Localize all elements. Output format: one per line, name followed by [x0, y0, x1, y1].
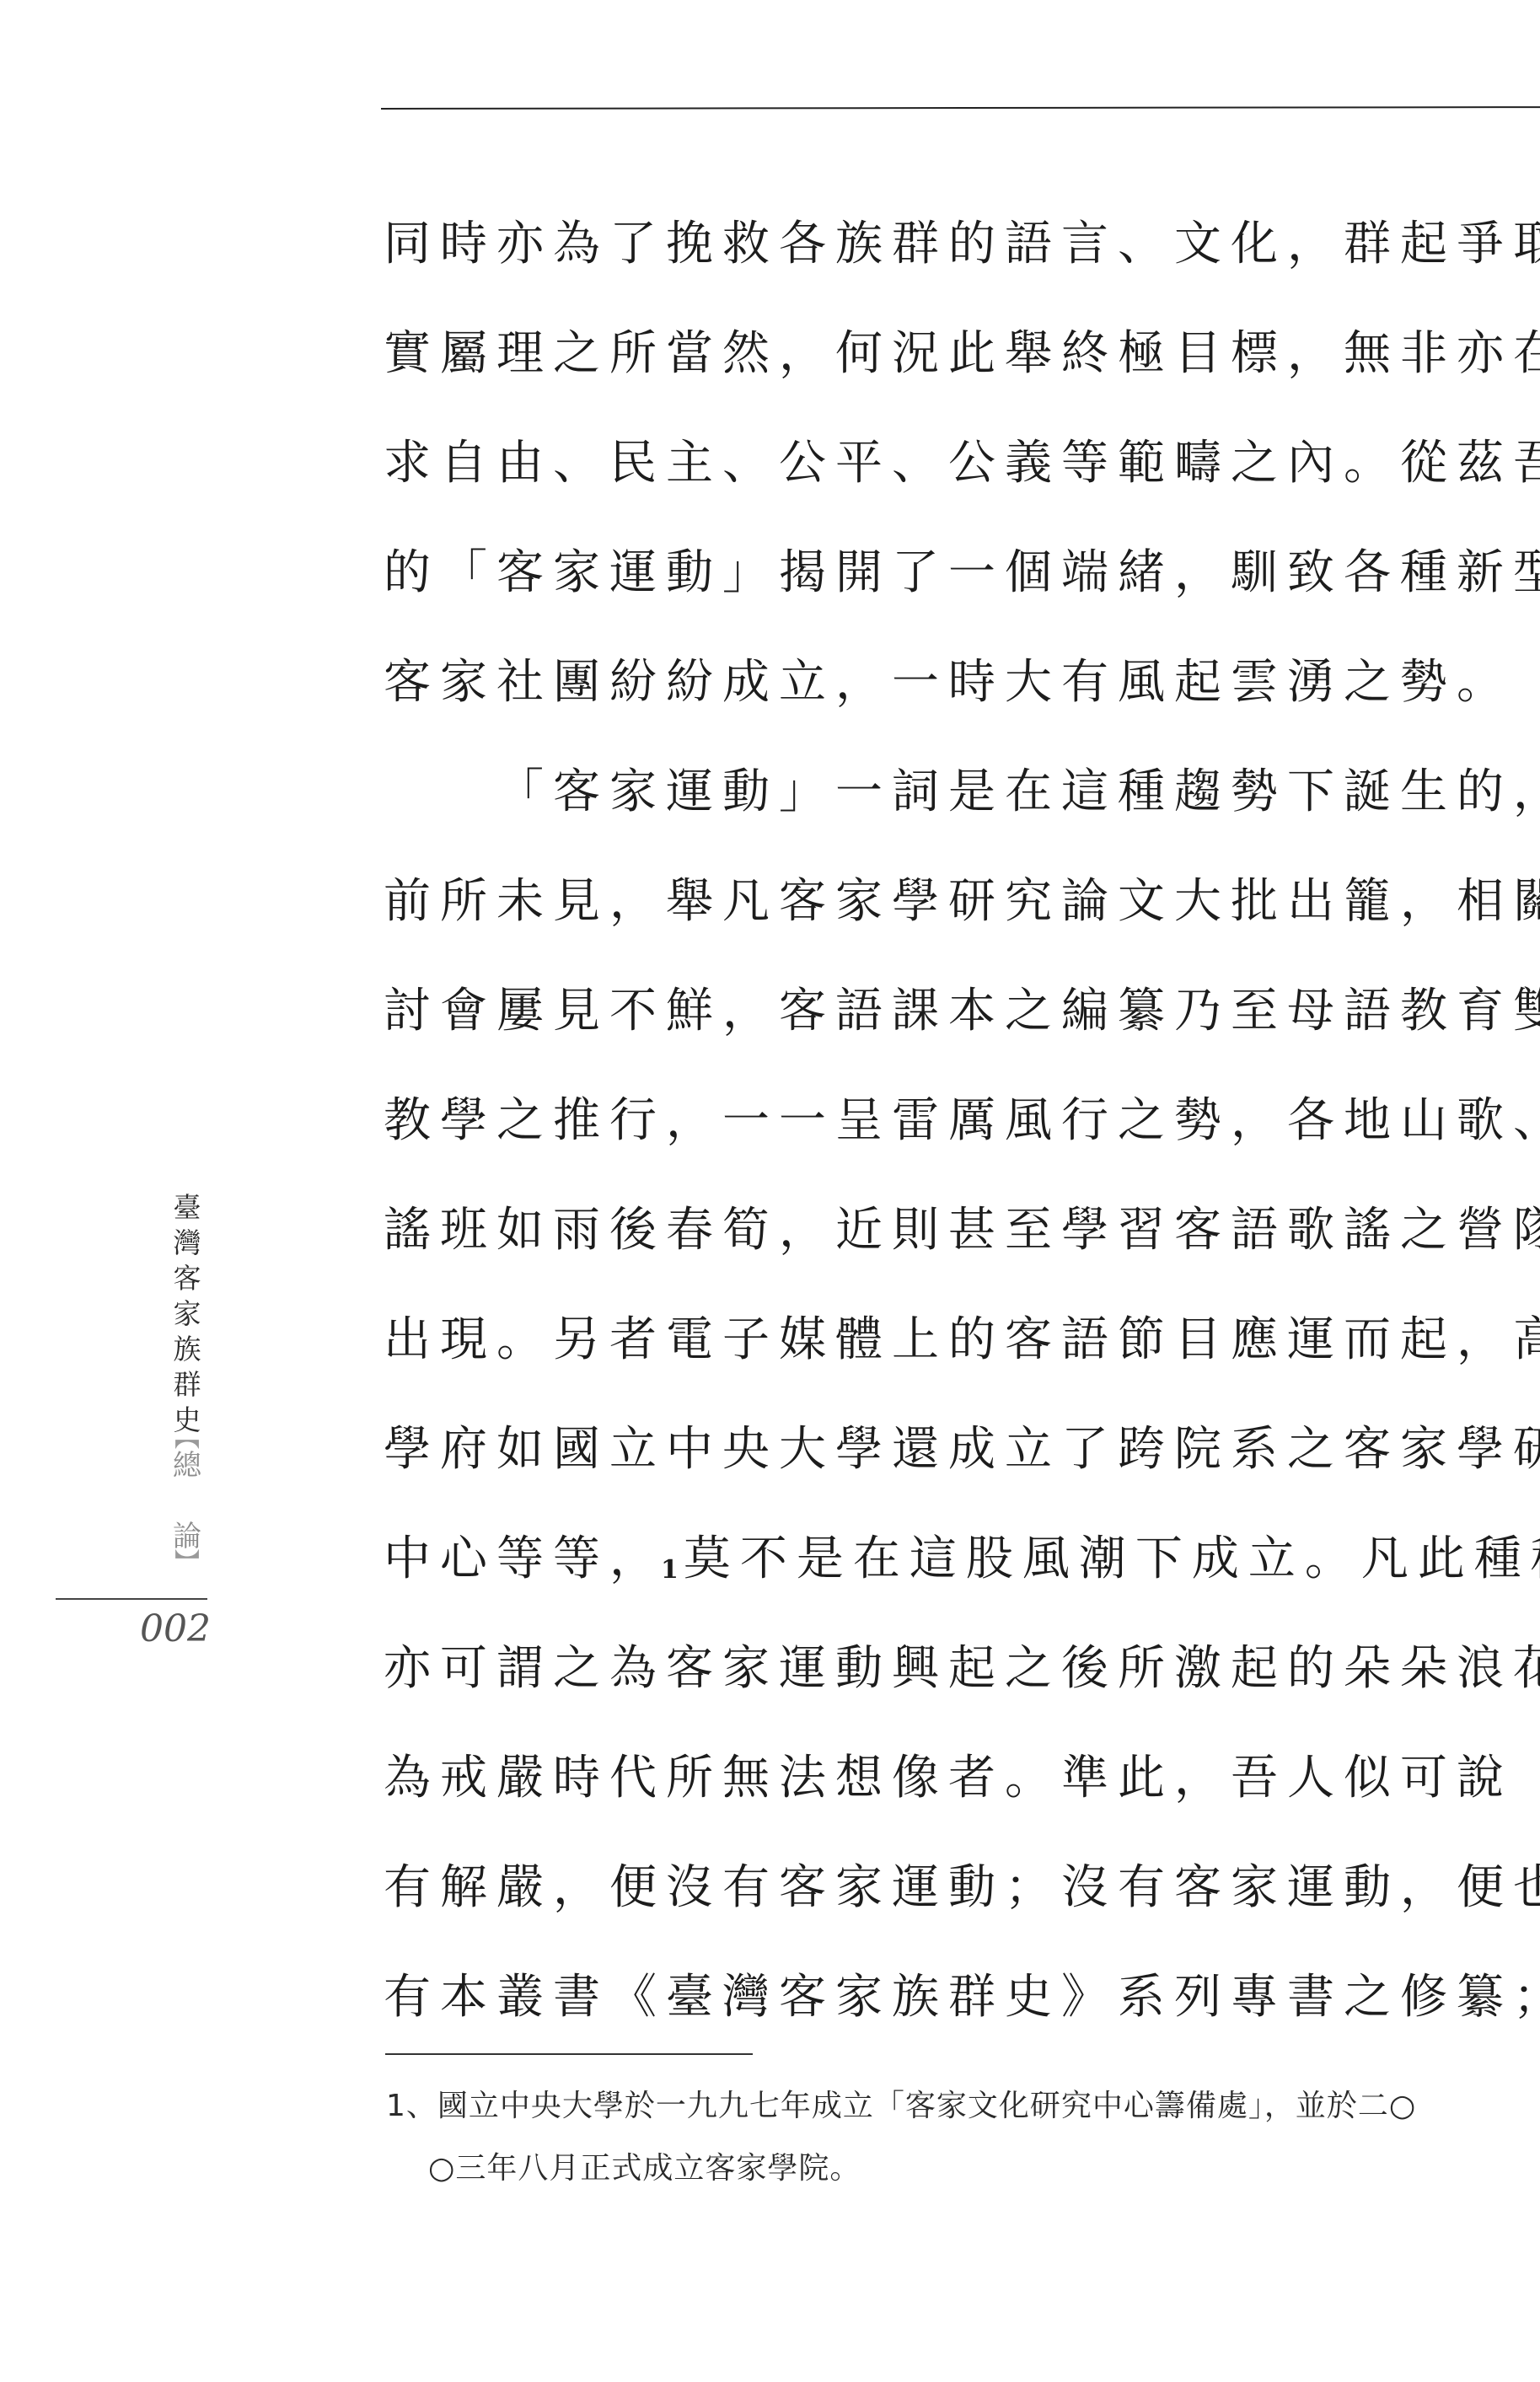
body-line: 的「客家運動」揭開了一個端緒，馴致各種新型的 — [384, 518, 1403, 628]
running-header-char: 臺 — [169, 1190, 206, 1226]
body-line-with-footnote: 中心等等，1莫不是在這股風潮下成立。凡此種種 — [384, 1505, 1403, 1614]
footnote-line: 1、國立中央大學於一九九七年成立「客家文化研究中心籌備處」，並於二○ — [386, 2075, 1440, 2138]
body-line: 亦可謂之為客家運動興起之後所激起的朵朵浪花， — [384, 1614, 1403, 1724]
running-header-char: 客 — [169, 1261, 206, 1296]
body-text: 同時亦為了挽救各族群的語言、文化，群起爭取， 實屬理之所當然，何況此舉終極目標，… — [384, 190, 1403, 2052]
footnote-divider — [385, 2053, 753, 2055]
page-number: 002 — [133, 1608, 211, 1650]
footnote-reference-mark[interactable]: 1 — [661, 1555, 679, 1585]
body-line: 出現。另者電子媒體上的客語節目應運而起，高等 — [384, 1285, 1403, 1395]
body-line: 客家社團紛紛成立，一時大有風起雲湧之勢。 — [384, 628, 1403, 738]
body-line: 討會屢見不鮮，客語課本之編纂乃至母語教育雙語 — [384, 957, 1403, 1066]
body-line: 實屬理之所當然，何況此舉終極目標，無非亦在追 — [384, 299, 1403, 409]
footnote-line-continued: ○三年八月正式成立客家學院。 — [386, 2138, 1440, 2200]
running-header-title: 臺 灣 客 家 族 群 史 — [169, 1190, 206, 1438]
body-line: 為戒嚴時代所無法想像者。準此，吾人似可說「沒 — [384, 1724, 1403, 1833]
body-line: 教學之推行，一一呈雷厲風行之勢，各地山歌、民 — [384, 1066, 1403, 1176]
paragraph-start-line: 「客家運動」一詞是在這種趨勢下誕生的，為 — [384, 738, 1403, 847]
body-line: 謠班如雨後春筍，近則甚至學習客語歌謠之營隊亦 — [384, 1176, 1403, 1285]
top-rule-divider — [381, 106, 1540, 110]
book-page: 同時亦為了挽救各族群的語言、文化，群起爭取， 實屬理之所當然，何況此舉終極目標，… — [0, 0, 1540, 2382]
running-header-char: 族 — [169, 1332, 206, 1367]
page-number-divider — [56, 1598, 207, 1600]
running-header-char: 群 — [169, 1367, 206, 1403]
body-line: 同時亦為了挽救各族群的語言、文化，群起爭取， — [384, 190, 1403, 299]
footnotes: 1、國立中央大學於一九九七年成立「客家文化研究中心籌備處」，並於二○ ○三年八月… — [386, 2075, 1440, 2200]
running-header-section-char: 總 — [169, 1447, 206, 1484]
running-header-section: ︻ 總 論 ︼ — [169, 1430, 206, 1572]
body-line: 有解嚴，便沒有客家運動；沒有客家運動，便也沒 — [384, 1833, 1403, 1943]
body-line-part: 莫不是在這股風潮下成立。凡此種種 — [684, 1532, 1540, 1586]
open-bracket-icon: ︻ — [169, 1430, 206, 1447]
body-line: 前所未見，舉凡客家學研究論文大批出籠，相關研 — [384, 847, 1403, 957]
close-bracket-icon: ︼ — [169, 1555, 206, 1572]
body-line-part: 中心等等， — [384, 1532, 666, 1586]
body-line: 有本叢書《臺灣客家族群史》系列專書之修纂；今 — [384, 1943, 1403, 2052]
running-header-char: 灣 — [169, 1226, 206, 1261]
body-line: 求自由、民主、公平、公義等範疇之內。從茲吾臺 — [384, 409, 1403, 518]
running-header-char: 家 — [169, 1296, 206, 1332]
body-line: 學府如國立中央大學還成立了跨院系之客家學研究 — [384, 1395, 1403, 1505]
